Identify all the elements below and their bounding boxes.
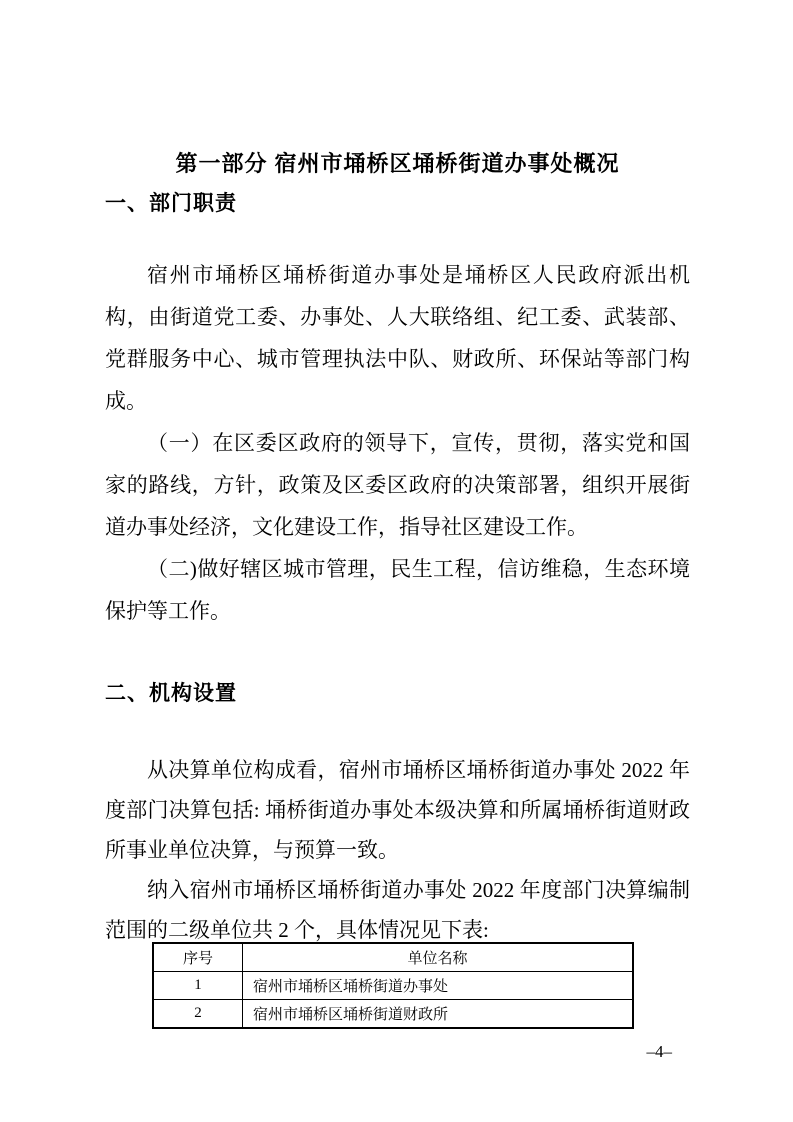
structure-paragraph-2: 纳入宿州市埇桥区埇桥街道办事处 2022 年度部门决算编制范围的二级单位共 2 … <box>105 870 690 950</box>
document-page: 第一部分 宿州市埇桥区埇桥街道办事处概况 一、部门职责 宿州市埇桥区埇桥街道办事… <box>0 0 793 1122</box>
unit-row-2-name: 宿州市埇桥区埇桥街道财政所 <box>243 1000 634 1029</box>
section-heading-structure: 二、机构设置 <box>105 680 690 708</box>
unit-row-1-index: 1 <box>153 972 243 1000</box>
document-title: 第一部分 宿州市埇桥区埇桥街道办事处概况 <box>105 150 690 178</box>
duties-paragraph-3: （二)做好辖区城市管理，民生工程，信访维稳，生态环境保护等工作。 <box>105 548 690 632</box>
table-row: 2 宿州市埇桥区埇桥街道财政所 <box>153 1000 633 1029</box>
duties-paragraph-2: （一）在区委区政府的领导下，宣传，贯彻，落实党和国家的路线，方针，政策及区委区政… <box>105 422 690 548</box>
structure-paragraph-1: 从决算单位构成看，宿州市埇桥区埇桥街道办事处 2022 年度部门决算包括: 埇桥… <box>105 750 690 870</box>
duties-paragraph-1: 宿州市埇桥区埇桥街道办事处是埇桥区人民政府派出机构，由街道党工委、办事处、人大联… <box>105 254 690 422</box>
unit-row-2-index: 2 <box>153 1000 243 1029</box>
page-number: –4– <box>105 1041 690 1063</box>
section-heading-duties: 一、部门职责 <box>105 190 690 218</box>
units-table: 序号 单位名称 1 宿州市埇桥区埇桥街道办事处 2 宿州市埇桥区埇桥街道财政所 <box>152 942 634 1029</box>
table-row: 1 宿州市埇桥区埇桥街道办事处 <box>153 972 633 1000</box>
unit-row-1-name: 宿州市埇桥区埇桥街道办事处 <box>243 972 634 1000</box>
